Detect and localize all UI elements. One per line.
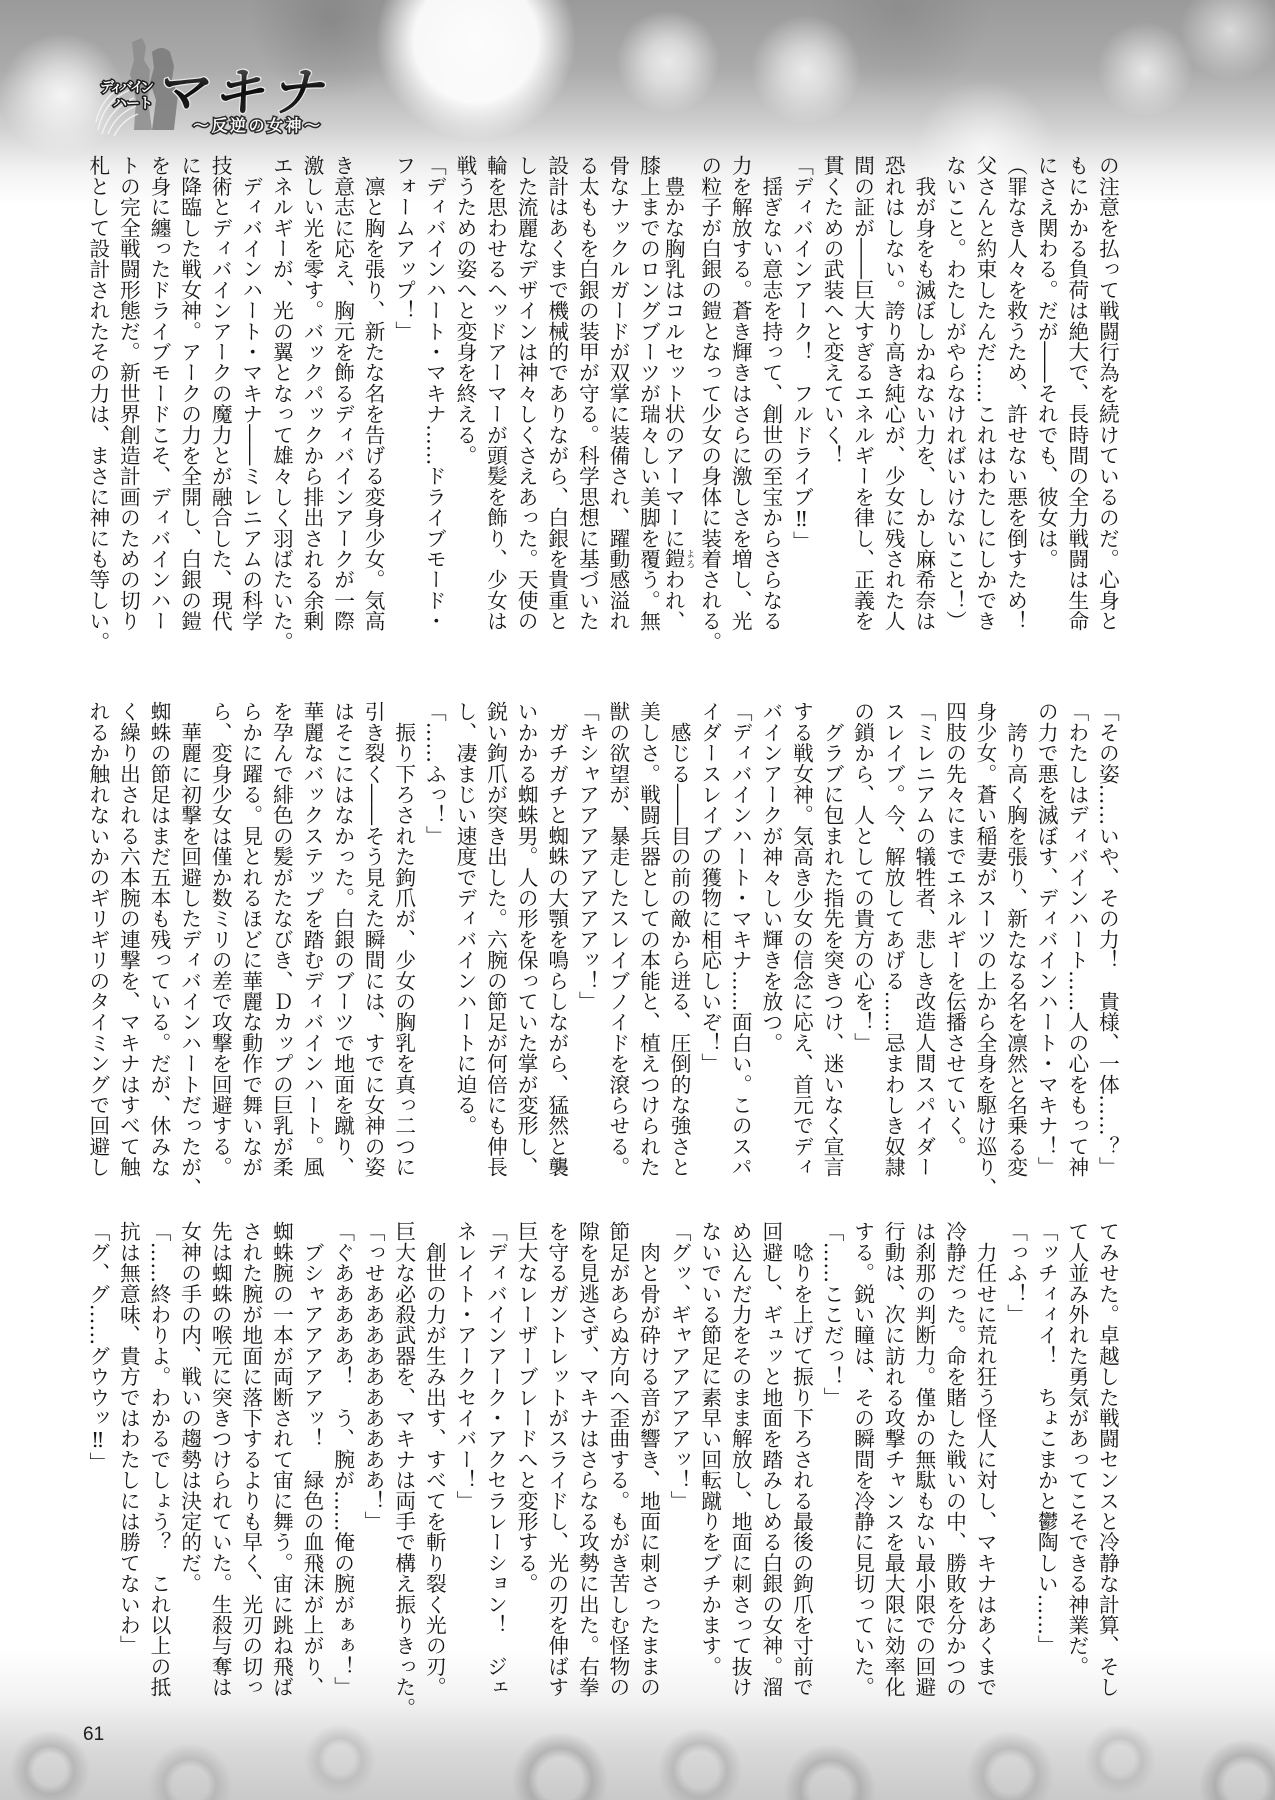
- text-column: 振り下ろされた鉤爪が、少女の胸乳を真っ二つに: [388, 701, 419, 1187]
- text-column: 回避し、ギュッと地面を踏みしめる白銀の女神。溜: [755, 1221, 786, 1707]
- text-column: 凛と胸を張り、新たな名を告げる変身少女。気高: [358, 155, 389, 641]
- text-column: 巨大な必殺武器を、マキナは両手で構え振りきった。: [388, 1221, 419, 1707]
- text-column: エネルギーが、光の翼となって雄々しく羽ばたいた。: [266, 155, 297, 641]
- text-column: 骨なナックルガードが双掌に装備され、躍動感溢れ: [602, 155, 633, 641]
- text-column: 「ッチィィイ！ ちょこまかと鬱陶しい……」: [1031, 1221, 1062, 1707]
- text-column: 華麗に初撃を回避したディバインハートだったが、: [174, 701, 205, 1187]
- text-column: もにかかる負荷は絶大で、長時間の全力戦闘は生命: [1061, 155, 1092, 641]
- text-column: 巨大なレーザーブレードへと変形する。: [511, 1221, 542, 1707]
- text-column: 隙を見逃さず、マキナはさらなる攻勢に出た。右拳: [572, 1221, 603, 1707]
- text-column: ないこと。わたしがやらなければいけないこと！）: [939, 155, 970, 641]
- text-tier-middle: 「その姿……いや、その力！ 貴様、一体……？」 「わたしはディバインハート……人…: [82, 701, 1122, 1187]
- text-column: イダースレイブの獲物に相応しいぞ！」: [694, 701, 725, 1187]
- text-column: 先は蜘蛛の喉元に突きつけられていた。生殺与奪は: [205, 1221, 236, 1707]
- text-column: バインアークが神々しい輝きを放つ。: [755, 701, 786, 1187]
- text-column: し、凄まじい速度でディバインハートに迫る。: [449, 701, 480, 1187]
- text-column: 父さんと約束したんだ……これはわたしにしかでき: [969, 155, 1000, 641]
- text-column: 恐れはしない。誇り高き純心が、少女に残された人: [878, 155, 909, 641]
- text-column: 感じる――目の前の敵から迸る、圧倒的な強さと: [663, 701, 694, 1187]
- text-tier-lower: てみせた。卓越した戦闘センスと冷静な計算、そし て人並み外れた勇気があってこそで…: [82, 1221, 1122, 1707]
- text-column: に降臨した戦女神。アークの力を全開し、白銀の鎧: [174, 155, 205, 641]
- text-column: 「グッ、ギャアアアアアッ！」: [663, 1221, 694, 1707]
- text-column: 抗は無意味、貴方ではわたしには勝てないわ」: [113, 1221, 144, 1707]
- text-column: トの完全戦闘形態だ。新世界創造計画のための切り: [113, 155, 144, 641]
- text-column: 唸りを上げて振り下ろされる最後の鉤爪を寸前で: [786, 1221, 817, 1707]
- text-column: 華麗なバックステップを踏むディバインハート。風: [296, 701, 327, 1187]
- text-column: スレイブ。今、解放してあげる……忌まわしき奴隷: [878, 701, 909, 1187]
- text-column: ディバインハート・マキナ――ミレニアムの科学: [235, 155, 266, 641]
- text-column: を身に纏ったドライブモードこそ、ディバインハー: [143, 155, 174, 641]
- text-column: 激しい光を零す。バックパックから排出される余剰: [296, 155, 327, 641]
- text-column: 創世の力が生み出す、すべてを斬り裂く光の刃。: [419, 1221, 450, 1707]
- text-column: 「っせああああああああああ！」: [358, 1221, 389, 1707]
- text-segment: 豊かな胸乳はコルセット状のアーマーに: [661, 155, 685, 548]
- text-column: 設計はあくまで機械的でありながら、白銀を貴重と: [541, 155, 572, 641]
- text-column: した流麗なデザインは神々しくさえあった。天使の: [511, 155, 542, 641]
- text-column: 「ミレニアムの犠牲者、悲しき改造人間スパイダー: [908, 701, 939, 1187]
- text-column: 揺ぎない意志を持って、創世の至宝からさらなる: [755, 155, 786, 641]
- text-column: 行動は、次に訪れる攻撃チャンスを最大限に効率化: [878, 1221, 909, 1707]
- text-column: の注意を払って戦闘行為を続けているのだ。心身と: [1092, 155, 1123, 641]
- ruby-base: 鎧: [661, 548, 685, 569]
- text-column: 美しさ。戦闘兵器としての本能と、植えつけられた: [633, 701, 664, 1187]
- text-column: 節足があらぬ方向へ歪曲する。もがき苦しむ怪物の: [602, 1221, 633, 1707]
- text-column: 「その姿……いや、その力！ 貴様、一体……？」: [1092, 701, 1123, 1187]
- ruby-annotation: 鎧よろ: [661, 548, 685, 569]
- text-column: いかかる蜘蛛男。人の形を保っていた掌が変形し、: [511, 701, 542, 1187]
- title-logo: ディバイン ハート マキナ ～反逆の女神～: [90, 30, 350, 140]
- text-column: 「ディバインアーク！ フルドライブ‼」: [786, 155, 817, 641]
- text-column: ブシャアアアアアッ！ 緑色の血飛沫が上がり、: [296, 1221, 327, 1707]
- text-column: て人並み外れた勇気があってこそできる神業だ。: [1061, 1221, 1092, 1707]
- text-column: 鋭い鉤爪が突き出した。六腕の節足が何倍にも伸長: [480, 701, 511, 1187]
- text-column: 「わたしはディバインハート……人の心をもって神: [1061, 701, 1092, 1187]
- text-segment: われ、: [661, 569, 685, 631]
- text-column: き意志に応え、胸元を飾るディバインアークが一際: [327, 155, 358, 641]
- text-column: 身少女。蒼い稲妻がスーツの上から全身を駆け巡り、: [969, 701, 1000, 1187]
- text-column: （罪なき人々を救うため、許せない悪を倒すため！: [1000, 155, 1031, 641]
- text-column: 力を解放する。蒼き輝きはさらに激しさを増し、光: [725, 155, 756, 641]
- text-column: 冷静だった。命を賭した戦いの中、勝敗を分かつの: [939, 1221, 970, 1707]
- logo-subtitle: ～反逆の女神～: [193, 116, 320, 135]
- text-column: 蜘蛛腕の一本が両断されて宙に舞う。宙に跳ね飛ば: [266, 1221, 297, 1707]
- text-column: てみせた。卓越した戦闘センスと冷静な計算、そし: [1092, 1221, 1123, 1707]
- text-column: 蜘蛛の節足はまだ五本も残っている。だが、休みな: [143, 701, 174, 1187]
- text-column: 「ディバインアーク・アクセラレーション！ ジェ: [480, 1221, 511, 1707]
- text-column: 技術とディバインアークの魔力とが融合した、現代: [205, 155, 236, 641]
- text-column: る太ももを白銀の装甲が守る。科学思想に基づいた: [572, 155, 603, 641]
- text-column: 誇り高く胸を張り、新たなる名を凛然と名乗る変: [1000, 701, 1031, 1187]
- text-column: にさえ関わる。だが――それでも、彼女は。: [1031, 155, 1062, 641]
- text-column: 「キシャアアアアアアアアッ！」: [572, 701, 603, 1187]
- text-column: する。鋭い瞳は、その瞬間を冷静に見切っていた。: [847, 1221, 878, 1707]
- text-column: ら、変身少女は僅か数ミリの差で攻撃を回避する。: [205, 701, 236, 1187]
- text-column: の粒子が白銀の鎧となって少女の身体に装着される。: [694, 155, 725, 641]
- text-column: グラブに包まれた指先を突きつけ、迷いなく宣言: [816, 701, 847, 1187]
- text-column: く繰り出される六本腕の連撃を、マキナはすべて触: [113, 701, 144, 1187]
- text-column: は刹那の判断力。僅かの無駄もない最小限での回避: [908, 1221, 939, 1707]
- text-column: 肉と骨が砕ける音が響き、地面に刺さったままの: [633, 1221, 664, 1707]
- text-column: を孕んで緋色の髪がたなびき、Ｄカップの巨乳が柔: [266, 701, 297, 1187]
- text-column: 「……終わりよ。わかるでしょう？ これ以上の抵: [143, 1221, 174, 1707]
- text-column: 引き裂く――そう見えた瞬間には、すでに女神の姿: [358, 701, 389, 1187]
- text-column: 「……ここだっ！」: [816, 1221, 847, 1707]
- text-column: 四肢の先々にまでエネルギーを伝播させていく。: [939, 701, 970, 1187]
- text-column: らかに躍る。見とれるほどに華麗な動作で舞いなが: [235, 701, 266, 1187]
- logo-makina-title: マキナ: [151, 63, 334, 123]
- text-column: 女神の手の内、戦いの趨勢は決定的だ。: [174, 1221, 205, 1707]
- text-column: 「っふ！」: [1000, 1221, 1031, 1707]
- text-column: する戦女神。気高き少女の信念に応え、首元でディ: [786, 701, 817, 1187]
- text-column: の力で悪を滅ぼす、ディバインハート・マキナ！」: [1031, 701, 1062, 1187]
- logo-heart-text: ハート: [113, 96, 153, 112]
- text-column: 戦うための姿へと変身を終える。: [449, 155, 480, 641]
- text-column: 輪を思わせるヘッドアーマーが頭髪を飾り、少女は: [480, 155, 511, 641]
- ruby-reading: よろ: [684, 548, 694, 569]
- text-tier-upper: の注意を払って戦闘行為を続けているのだ。心身と もにかかる負荷は絶大で、長時間の…: [82, 155, 1122, 641]
- text-column: れるか触れないかのギリギリのタイミングで回避し: [82, 701, 113, 1187]
- text-column: 「グ、グ……グウウッ‼」: [82, 1221, 113, 1707]
- text-column: ないでいる節足に素早い回転蹴りをブチかます。: [694, 1221, 725, 1707]
- text-column: 「ディバインハート・マキナ……面白い。このスパ: [725, 701, 756, 1187]
- text-column: された腕が地面に落下するよりも早く、光刃の切っ: [235, 1221, 266, 1707]
- text-column: 間の証が――巨大すぎるエネルギーを律し、正義を: [847, 155, 878, 641]
- text-column: 貫くための武装へと変えていく！: [816, 155, 847, 641]
- text-column: フォームアップ！」: [388, 155, 419, 641]
- text-column: 力任せに荒れ狂う怪人に対し、マキナはあくまで: [969, 1221, 1000, 1707]
- text-column: 「……ふっ！」: [419, 701, 450, 1187]
- text-column: の鎖から、人としての貴方の心を！」: [847, 701, 878, 1187]
- text-column-with-ruby: 豊かな胸乳はコルセット状のアーマーに鎧よろわれ、: [663, 155, 694, 641]
- text-column: 「ぐあああああ！ う、腕が……俺の腕がぁぁ！」: [327, 1221, 358, 1707]
- text-column: 獣の欲望が、暴走したスレイブノイドを滾らせる。: [602, 701, 633, 1187]
- text-column: ガチガチと蜘蛛の大顎を鳴らしながら、猛然と襲: [541, 701, 572, 1187]
- text-column: ネレイト・アークセイバー！」: [449, 1221, 480, 1707]
- page-number: 61: [83, 1724, 104, 1746]
- text-column: 膝上までのロングブーツが瑞々しい美脚を覆う。無: [633, 155, 664, 641]
- text-column: 我が身をも滅ぼしかねない力を、しかし麻希奈は: [908, 155, 939, 641]
- logo-divine-text: ディバイン: [100, 80, 154, 96]
- text-column: はそこにはなかった。白銀のブーツで地面を蹴り、: [327, 701, 358, 1187]
- text-column: を守るガントレットがスライドし、光の刃を伸ばす: [541, 1221, 572, 1707]
- text-column: 札として設計されたその力は、まさに神にも等しい。: [82, 155, 113, 641]
- text-column: 「ディバインハート・マキナ……ドライブモード・: [419, 155, 450, 641]
- text-column: め込んだ力をそのまま解放し、地面に刺さって抜け: [725, 1221, 756, 1707]
